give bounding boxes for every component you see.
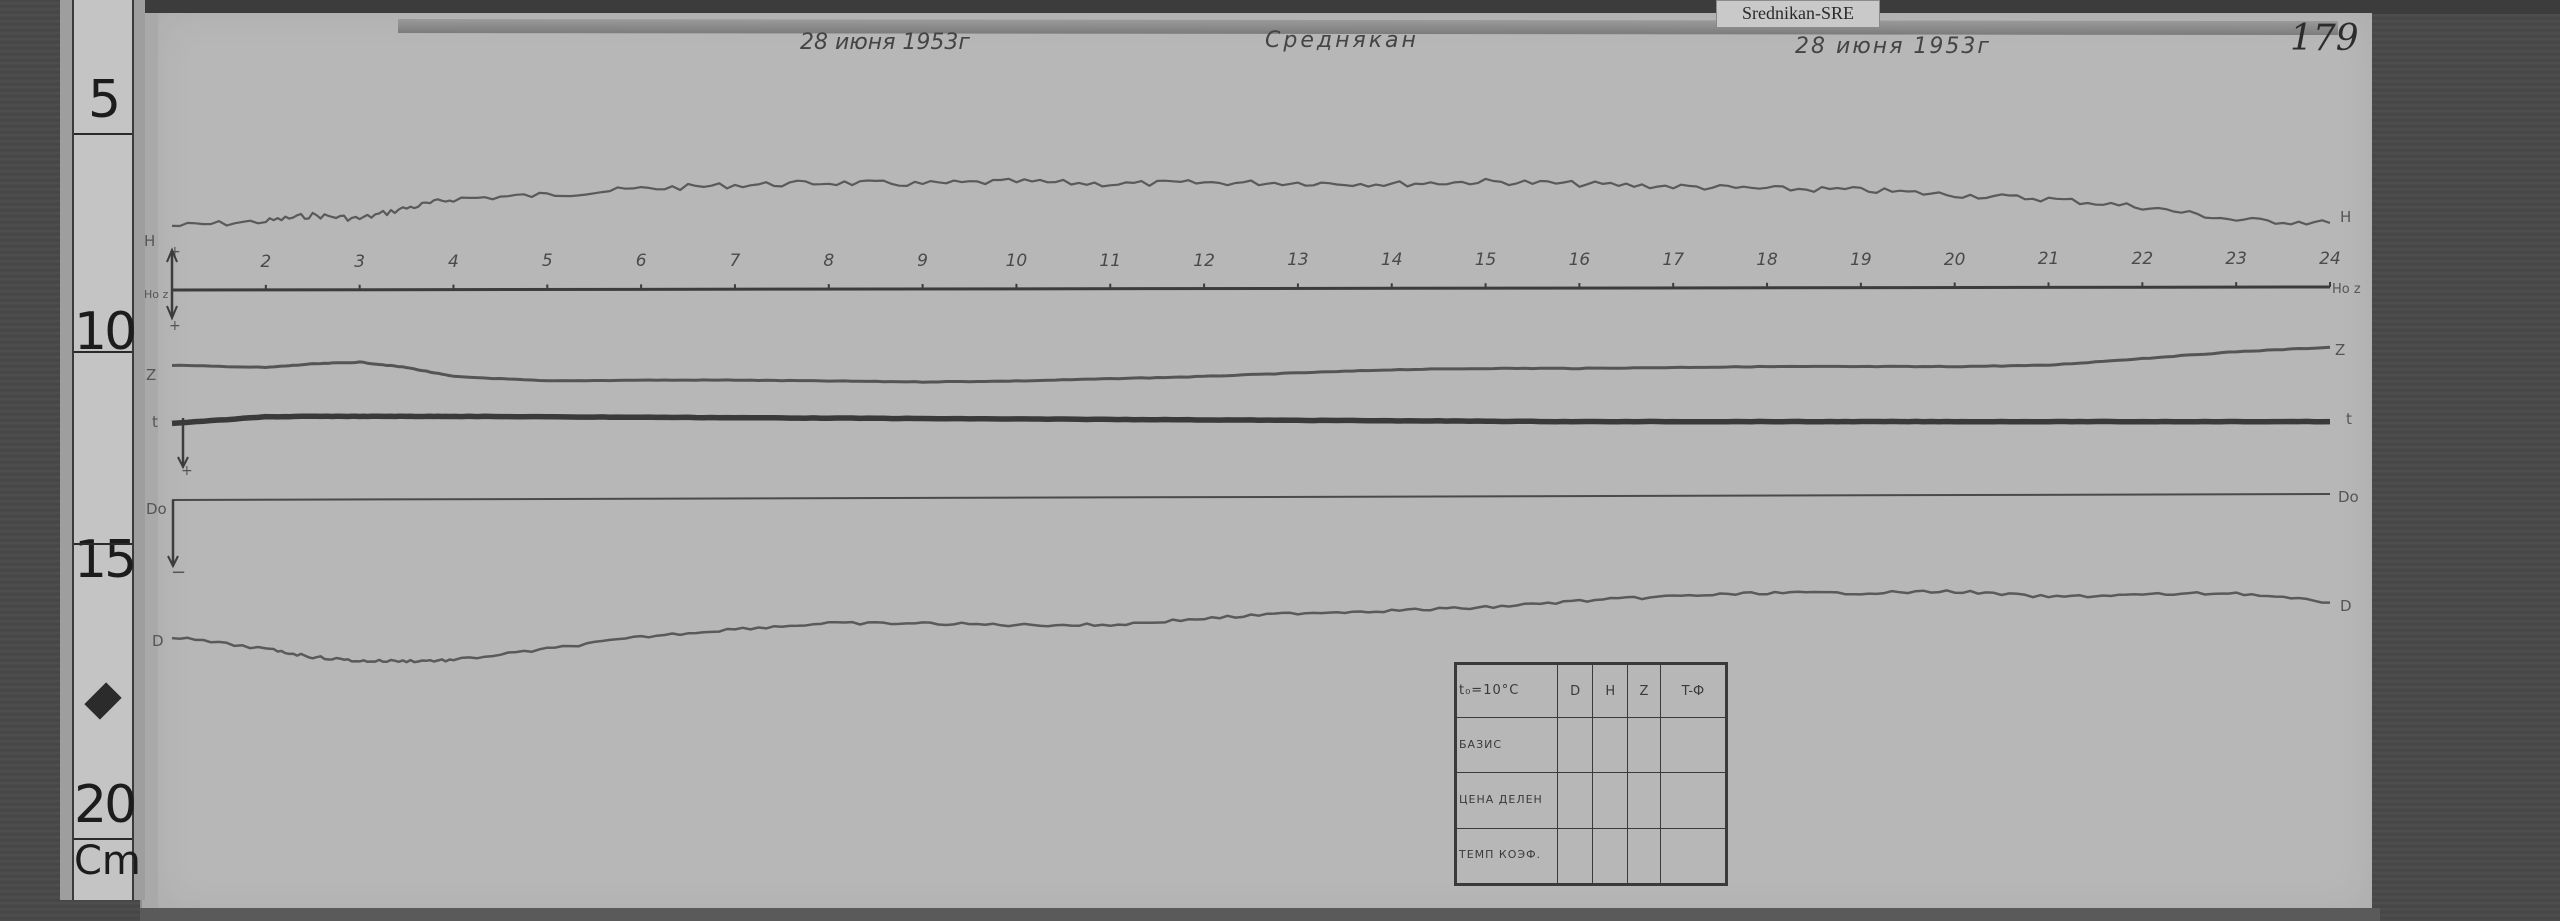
hour-label-7: 7 [730, 251, 741, 271]
hour-label-4: 4 [448, 252, 459, 272]
hour-label-2: 2 [260, 252, 271, 272]
polarity-hz-top: + [169, 244, 181, 260]
hour-label-8: 8 [823, 251, 834, 271]
hour-label-12: 12 [1193, 251, 1215, 271]
hour-label-20: 20 [1944, 250, 1966, 270]
hour-label-10: 10 [1006, 251, 1028, 271]
hour-label-6: 6 [636, 251, 647, 271]
calib-cell [1593, 828, 1628, 883]
left-label-h: H [144, 232, 155, 250]
left-label-z: Z [146, 366, 156, 384]
calib-row-basis: БАЗИС [1457, 718, 1558, 773]
left-label-do: Do [146, 500, 167, 518]
hour-label-3: 3 [354, 252, 365, 272]
station-tag: Srednikan-SRE [1716, 0, 1880, 28]
hour-label-5: 5 [542, 251, 553, 271]
calib-cell [1660, 718, 1725, 773]
hour-label-15: 15 [1475, 250, 1497, 270]
left-label-d: D [152, 632, 164, 650]
calib-row-scale: ЦЕНА ДЕЛЕН [1457, 773, 1558, 828]
calib-cell [1558, 718, 1593, 773]
hour-label-19: 19 [1850, 250, 1872, 270]
calib-cell [1593, 718, 1628, 773]
calib-cell [1628, 773, 1661, 828]
calib-row-temp-coef: ТЕМП КОЭФ. [1457, 828, 1558, 883]
hour-label-23: 23 [2225, 249, 2247, 269]
calib-cell [1628, 828, 1661, 883]
right-label-do: Do [2338, 488, 2359, 506]
hour-label-13: 13 [1287, 250, 1309, 270]
calib-cell [1628, 718, 1661, 773]
calib-header-z: Z [1628, 665, 1661, 718]
ruler-mark-5: 5 [74, 70, 132, 130]
hour-label-14: 14 [1381, 250, 1403, 270]
hour-label-9: 9 [917, 251, 928, 271]
right-label-t: t [2346, 410, 2352, 428]
polarity-t-bottom: + [181, 463, 193, 479]
hour-label-16: 16 [1569, 250, 1591, 270]
calibration-table: t₀=10°C D H Z T-Ф БАЗИС ЦЕНА ДЕЛЕН ТЕМП … [1454, 662, 1728, 886]
polarity-hz-bottom: + [169, 318, 181, 334]
calib-header-h: H [1593, 665, 1628, 718]
calib-cell [1593, 773, 1628, 828]
station-name: Среднякан [1265, 28, 1419, 53]
left-label-baseline: Ho z [144, 288, 168, 301]
right-label-h: H [2340, 208, 2351, 226]
ruler-mark-10: 10 [74, 302, 132, 362]
hour-label-22: 22 [2132, 249, 2154, 269]
sheet-number: 179 [2290, 18, 2359, 59]
calib-header-temp: t₀=10°C [1457, 665, 1558, 718]
bottom-shadow-strip [140, 908, 2380, 921]
hour-label-18: 18 [1756, 250, 1778, 270]
diamond-icon [84, 682, 121, 719]
hour-label-24: 24 [2319, 249, 2341, 269]
top-shadow-strip [140, 0, 2560, 14]
date-left: 28 июня 1953г [800, 30, 970, 55]
polarity-do-bottom: − [171, 562, 186, 583]
left-label-t: t [152, 413, 158, 431]
calib-header-d: D [1558, 665, 1593, 718]
right-label-baseline: Ho z [2332, 282, 2361, 297]
calib-cell [1558, 773, 1593, 828]
ruler-mark-15: 15 [74, 530, 132, 590]
ruler-unit: Cm [74, 838, 132, 884]
hour-label-11: 11 [1099, 251, 1121, 271]
measuring-ruler: 5 10 15 20 Cm [60, 0, 145, 900]
calib-cell [1660, 773, 1725, 828]
magnetogram-sheet [158, 13, 2372, 911]
right-label-d: D [2340, 597, 2352, 615]
calib-cell [1558, 828, 1593, 883]
right-label-z: Z [2335, 341, 2345, 359]
hour-label-21: 21 [2038, 249, 2060, 269]
calib-header-tf: T-Ф [1660, 665, 1725, 718]
calib-cell [1660, 828, 1725, 883]
ruler-mark-20: 20 [74, 775, 132, 835]
hour-label-17: 17 [1662, 250, 1684, 270]
date-right: 28 июня 1953г [1795, 34, 1991, 59]
